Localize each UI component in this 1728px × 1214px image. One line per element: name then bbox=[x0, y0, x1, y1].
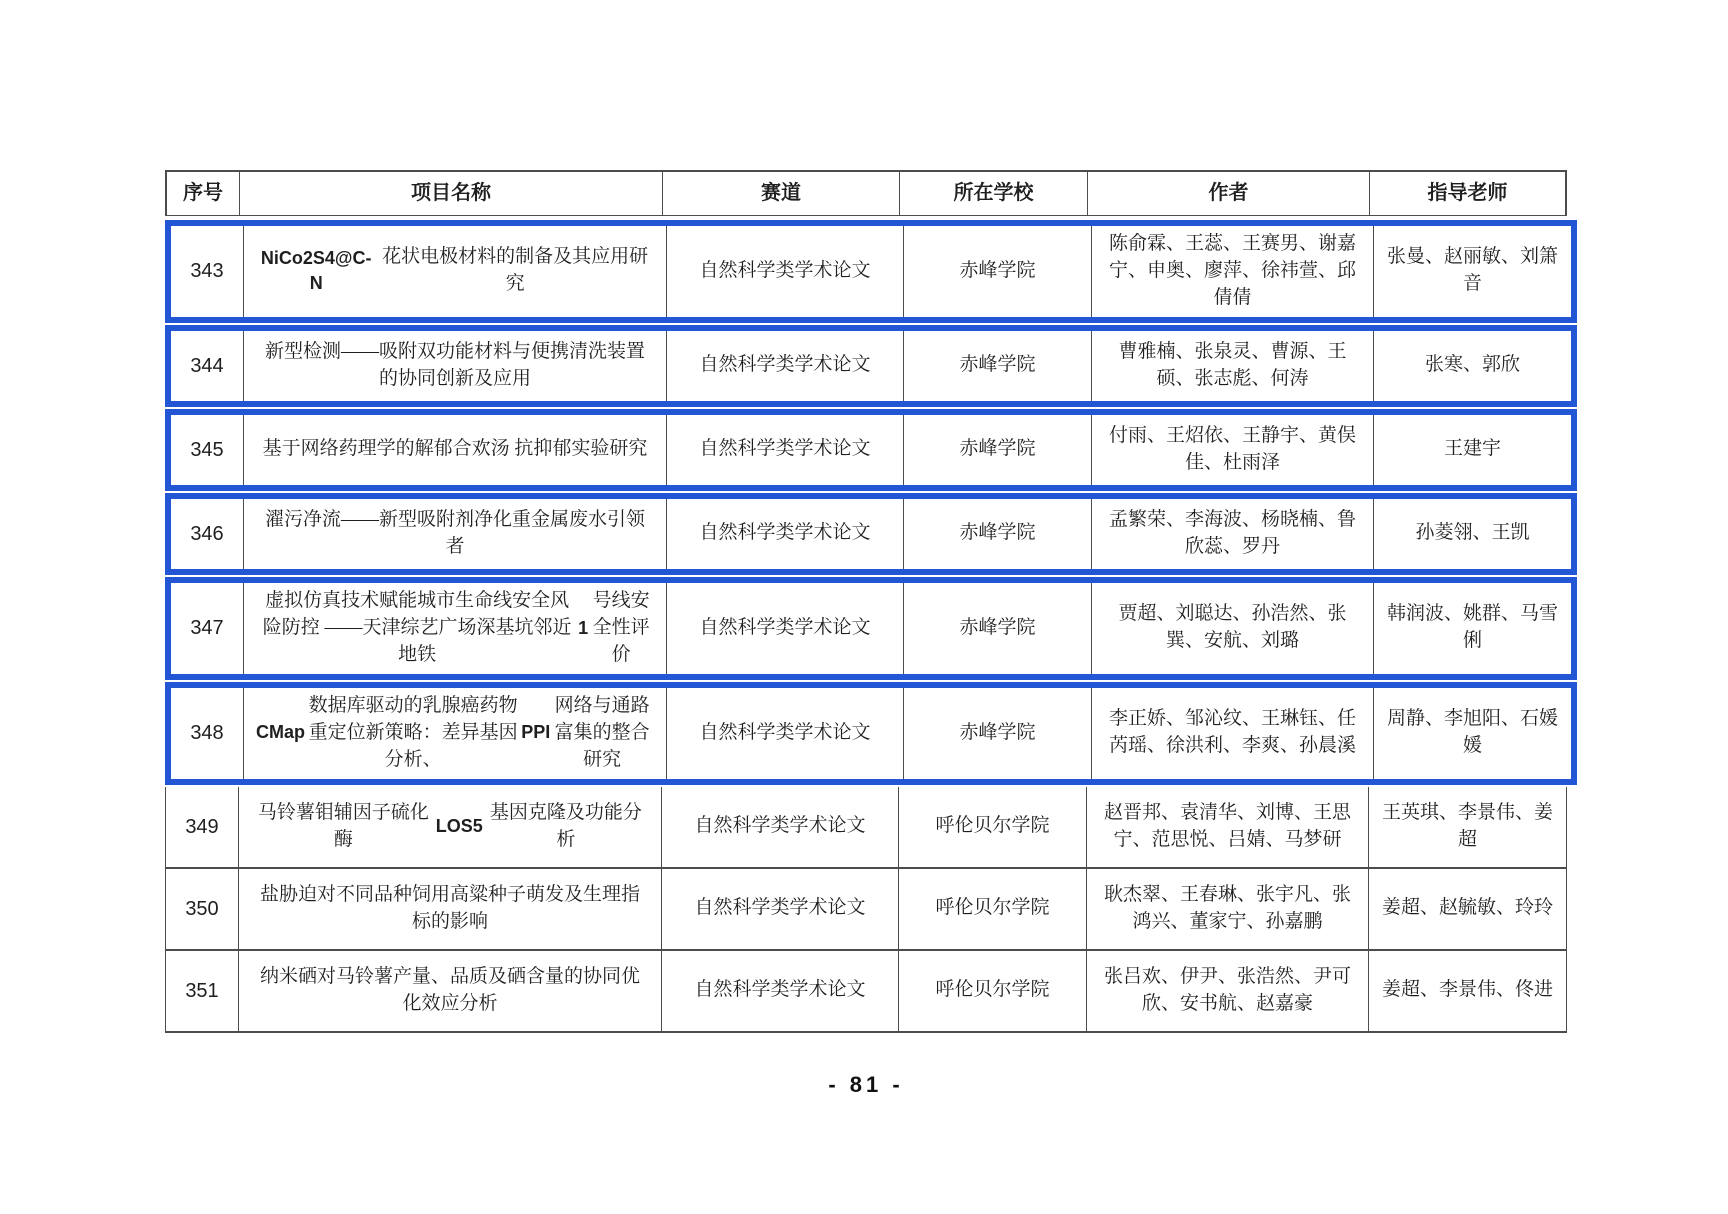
row-no: 344 bbox=[171, 331, 244, 401]
document-page: 序号 项目名称 赛道 所在学校 作者 指导老师 343 NiCo2S4@C-N … bbox=[0, 0, 1728, 1214]
col-header-advisors: 指导老师 bbox=[1370, 172, 1565, 215]
row-school: 呼伦贝尔学院 bbox=[899, 869, 1087, 949]
col-header-no: 序号 bbox=[167, 172, 240, 215]
col-header-project-name: 项目名称 bbox=[240, 172, 663, 215]
row-advisors: 姜超、赵毓敏、玲玲 bbox=[1369, 869, 1566, 949]
row-title: 马铃薯钼辅因子硫化酶 LOS5 基因克隆及功能分析 bbox=[239, 787, 662, 867]
row-advisors: 周静、李旭阳、石媛媛 bbox=[1374, 688, 1571, 779]
row-title: 基于网络药理学的解郁合欢汤 抗抑郁实验研究 bbox=[244, 415, 667, 485]
award-table: 序号 项目名称 赛道 所在学校 作者 指导老师 343 NiCo2S4@C-N … bbox=[165, 170, 1567, 1033]
row-title: 虚拟仿真技术赋能城市生命线安全风险防控 ——天津综艺广场深基坑邻近地铁 1 号线… bbox=[244, 583, 667, 674]
table-row: 345 基于网络药理学的解郁合欢汤 抗抑郁实验研究 自然科学类学术论文 赤峰学院… bbox=[165, 409, 1577, 491]
row-title: 盐胁迫对不同品种饲用高粱种子萌发及生理指标的影响 bbox=[239, 869, 662, 949]
table-row: 343 NiCo2S4@C-N 花状电极材料的制备及其应用研究 自然科学类学术论… bbox=[165, 220, 1577, 323]
col-header-track: 赛道 bbox=[663, 172, 900, 215]
row-school: 呼伦贝尔学院 bbox=[899, 787, 1087, 867]
row-advisors: 韩润波、姚群、马雪俐 bbox=[1374, 583, 1571, 674]
row-title: CMap 数据库驱动的乳腺癌药物重定位新策略：差异基因分析、PPI 网络与通路富… bbox=[244, 688, 667, 779]
row-track: 自然科学类学术论文 bbox=[667, 331, 904, 401]
row-authors: 孟繁荣、李海波、杨晓楠、鲁欣蕊、罗丹 bbox=[1092, 499, 1374, 569]
row-title: 纳米硒对马铃薯产量、品质及硒含量的协同优化效应分析 bbox=[239, 951, 662, 1031]
row-school: 呼伦贝尔学院 bbox=[899, 951, 1087, 1031]
table-header-row: 序号 项目名称 赛道 所在学校 作者 指导老师 bbox=[165, 170, 1567, 216]
row-authors: 付雨、王炤依、王静宇、黄俣佳、杜雨泽 bbox=[1092, 415, 1374, 485]
col-header-school: 所在学校 bbox=[900, 172, 1088, 215]
row-authors: 耿杰翠、王春琳、张宇凡、张鸿兴、董家宁、孙嘉鹏 bbox=[1087, 869, 1369, 949]
row-school: 赤峰学院 bbox=[904, 688, 1092, 779]
row-no: 345 bbox=[171, 415, 244, 485]
row-advisors: 张寒、郭欣 bbox=[1374, 331, 1571, 401]
table-row: 347 虚拟仿真技术赋能城市生命线安全风险防控 ——天津综艺广场深基坑邻近地铁 … bbox=[165, 577, 1577, 680]
page-number: - 81 - bbox=[165, 1072, 1567, 1098]
row-school: 赤峰学院 bbox=[904, 415, 1092, 485]
table-row: 344 新型检测——吸附双功能材料与便携清洗装置的协同创新及应用 自然科学类学术… bbox=[165, 325, 1577, 407]
table-row: 349 马铃薯钼辅因子硫化酶 LOS5 基因克隆及功能分析 自然科学类学术论文 … bbox=[165, 787, 1567, 869]
row-advisors: 张曼、赵丽敏、刘箫音 bbox=[1374, 226, 1571, 317]
row-track: 自然科学类学术论文 bbox=[667, 583, 904, 674]
row-no: 349 bbox=[166, 787, 239, 867]
row-authors: 赵晋邦、袁清华、刘博、王思宁、范思悦、吕婧、马梦研 bbox=[1087, 787, 1369, 867]
row-title: NiCo2S4@C-N 花状电极材料的制备及其应用研究 bbox=[244, 226, 667, 317]
row-track: 自然科学类学术论文 bbox=[667, 415, 904, 485]
table-row: 346 濯污净流——新型吸附剂净化重金属废水引领者 自然科学类学术论文 赤峰学院… bbox=[165, 493, 1577, 575]
row-advisors: 姜超、李景伟、佟进 bbox=[1369, 951, 1566, 1031]
table-body: 343 NiCo2S4@C-N 花状电极材料的制备及其应用研究 自然科学类学术论… bbox=[165, 220, 1567, 1033]
table-row: 350 盐胁迫对不同品种饲用高粱种子萌发及生理指标的影响 自然科学类学术论文 呼… bbox=[165, 869, 1567, 951]
row-title: 濯污净流——新型吸附剂净化重金属废水引领者 bbox=[244, 499, 667, 569]
row-authors: 贾超、刘聪达、孙浩然、张巽、安航、刘璐 bbox=[1092, 583, 1374, 674]
row-track: 自然科学类学术论文 bbox=[667, 499, 904, 569]
row-track: 自然科学类学术论文 bbox=[662, 869, 899, 949]
table-row: 348 CMap 数据库驱动的乳腺癌药物重定位新策略：差异基因分析、PPI 网络… bbox=[165, 682, 1577, 785]
row-school: 赤峰学院 bbox=[904, 226, 1092, 317]
row-no: 351 bbox=[166, 951, 239, 1031]
row-school: 赤峰学院 bbox=[904, 331, 1092, 401]
row-track: 自然科学类学术论文 bbox=[662, 787, 899, 867]
row-track: 自然科学类学术论文 bbox=[667, 688, 904, 779]
table-row: 351 纳米硒对马铃薯产量、品质及硒含量的协同优化效应分析 自然科学类学术论文 … bbox=[165, 951, 1567, 1033]
row-authors: 张吕欢、伊尹、张浩然、尹可欣、安书航、赵嘉豪 bbox=[1087, 951, 1369, 1031]
row-school: 赤峰学院 bbox=[904, 583, 1092, 674]
row-no: 343 bbox=[171, 226, 244, 317]
row-authors: 李正娇、邹沁纹、王琳钰、任芮瑶、徐洪利、李爽、孙晨溪 bbox=[1092, 688, 1374, 779]
row-no: 346 bbox=[171, 499, 244, 569]
row-school: 赤峰学院 bbox=[904, 499, 1092, 569]
row-advisors: 王英琪、李景伟、姜超 bbox=[1369, 787, 1566, 867]
row-title: 新型检测——吸附双功能材料与便携清洗装置的协同创新及应用 bbox=[244, 331, 667, 401]
row-no: 350 bbox=[166, 869, 239, 949]
row-no: 348 bbox=[171, 688, 244, 779]
row-track: 自然科学类学术论文 bbox=[662, 951, 899, 1031]
row-advisors: 孙菱翎、王凯 bbox=[1374, 499, 1571, 569]
row-no: 347 bbox=[171, 583, 244, 674]
row-advisors: 王建宇 bbox=[1374, 415, 1571, 485]
row-track: 自然科学类学术论文 bbox=[667, 226, 904, 317]
row-authors: 曹雅楠、张泉灵、曹源、王硕、张志彪、何涛 bbox=[1092, 331, 1374, 401]
row-authors: 陈俞霖、王蕊、王赛男、谢嘉宁、申奥、廖萍、徐祎萱、邱倩倩 bbox=[1092, 226, 1374, 317]
col-header-authors: 作者 bbox=[1088, 172, 1370, 215]
